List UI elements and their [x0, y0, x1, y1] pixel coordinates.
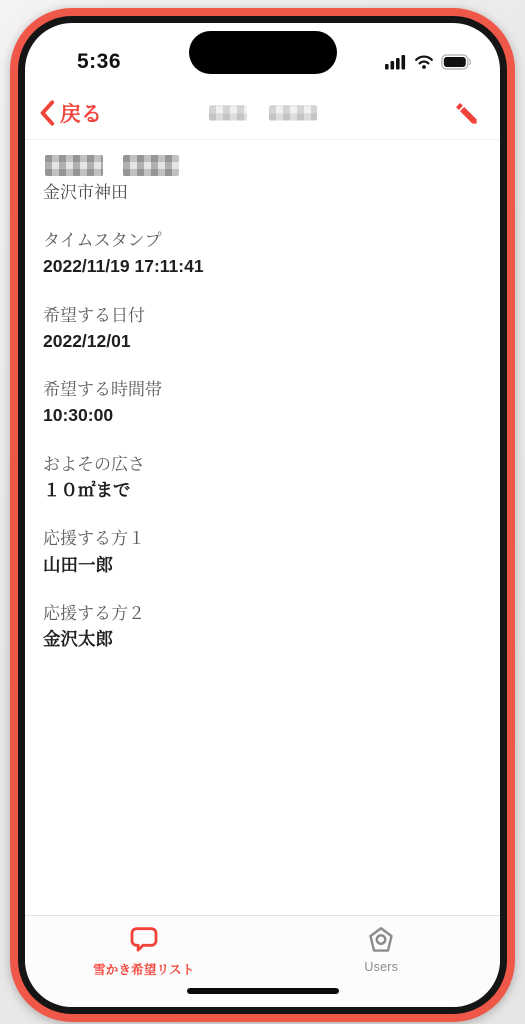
chat-bubble-icon [128, 925, 160, 955]
back-button-label: 戻る [60, 98, 102, 128]
screen: 5:36 [25, 23, 500, 1007]
status-bar: 5:36 [25, 23, 500, 87]
masked-text-block [269, 106, 317, 121]
field-label: 希望する日付 [43, 305, 482, 327]
field-value: 金沢太郎 [43, 627, 482, 652]
location-text: 金沢市神田 [43, 182, 482, 204]
home-indicator[interactable] [187, 988, 339, 994]
tab-snow-request-list[interactable]: 雪かき希望リスト [25, 925, 263, 1007]
nav-title-masked [209, 106, 317, 121]
field-desired-time: 希望する時間帯 10:30:00 [43, 379, 482, 428]
phone-bezel: 5:36 [18, 16, 507, 1014]
field-supporter-2: 応援する方２ 金沢太郎 [43, 603, 482, 652]
field-supporter-1: 応援する方１ 山田一郎 [43, 528, 482, 577]
back-button[interactable]: 戻る [39, 98, 102, 128]
status-time: 5:36 [77, 50, 121, 74]
field-desired-date: 希望する日付 2022/12/01 [43, 305, 482, 354]
pentagon-badge-icon [366, 925, 396, 955]
masked-requester-name [45, 155, 482, 176]
masked-text-block [123, 155, 179, 176]
field-label: 応援する方１ [43, 528, 482, 550]
detail-view: 金沢市神田 タイムスタンプ 2022/11/19 17:11:41 希望する日付… [25, 139, 500, 915]
tab-users[interactable]: Users [263, 925, 501, 1007]
field-value: 山田一郎 [43, 553, 482, 578]
wifi-icon [414, 54, 434, 70]
masked-text-block [209, 106, 247, 121]
tab-label: 雪かき希望リスト [93, 960, 194, 978]
pencil-icon [453, 100, 480, 127]
edit-button[interactable] [453, 100, 480, 127]
field-label: 応援する方２ [43, 603, 482, 625]
chevron-left-icon [39, 100, 55, 126]
field-value: １０㎡まで [43, 478, 482, 503]
field-label: 希望する時間帯 [43, 379, 482, 401]
battery-icon [441, 54, 472, 70]
field-timestamp: タイムスタンプ 2022/11/19 17:11:41 [43, 230, 482, 279]
nav-bar: 戻る [25, 87, 500, 139]
field-approx-area: およその広さ １０㎡まで [43, 454, 482, 503]
field-value: 2022/12/01 [43, 329, 482, 354]
field-value: 2022/11/19 17:11:41 [43, 254, 482, 279]
dynamic-island [189, 31, 337, 74]
tab-label: Users [364, 960, 398, 974]
signal-bars-icon [385, 54, 407, 70]
field-label: タイムスタンプ [43, 230, 482, 252]
field-value: 10:30:00 [43, 403, 482, 428]
phone-case: 5:36 [10, 8, 515, 1022]
masked-text-block [45, 155, 103, 176]
status-icons [385, 54, 472, 70]
field-label: およその広さ [43, 454, 482, 476]
